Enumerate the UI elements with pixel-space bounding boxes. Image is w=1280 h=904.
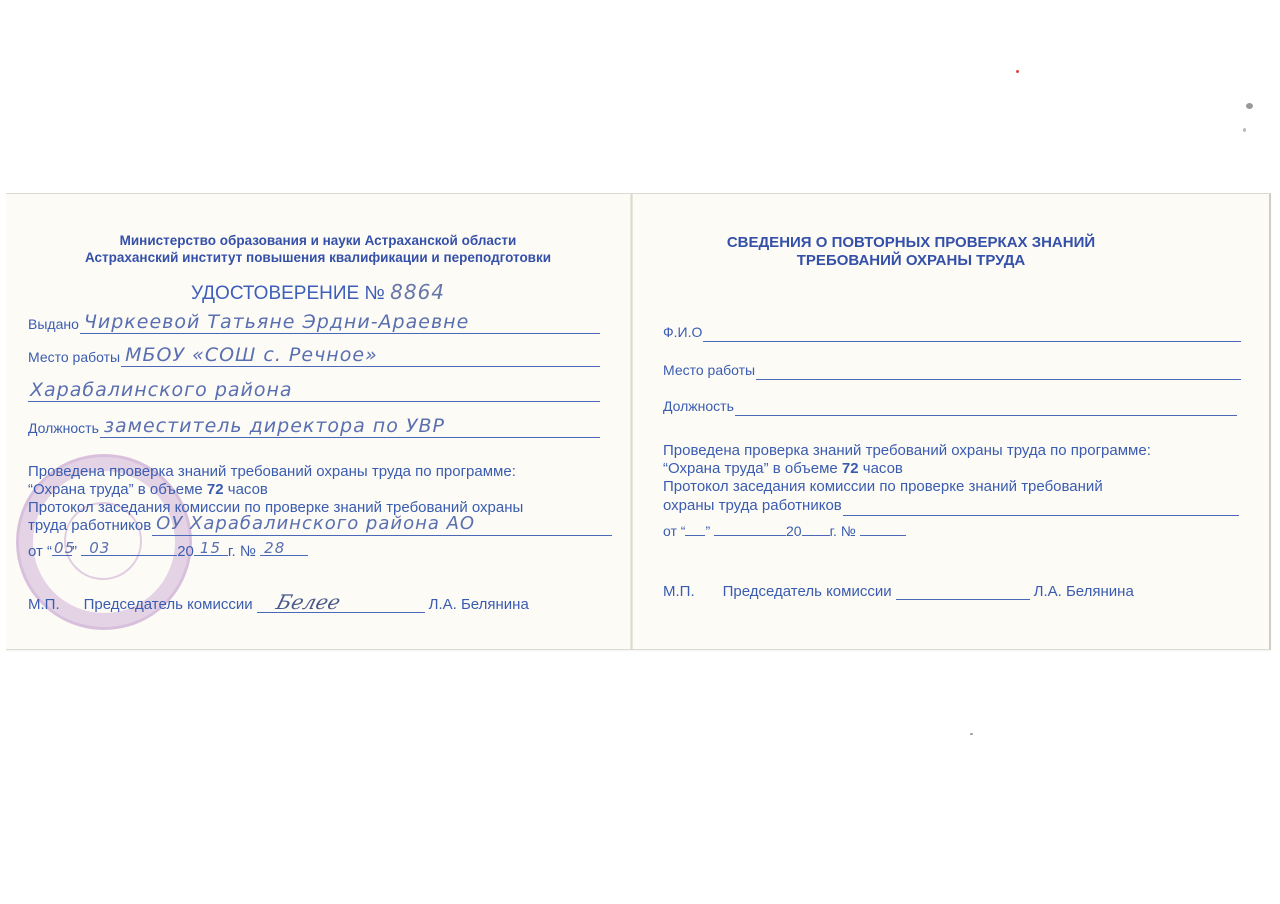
chair-signature-line[interactable]: Белее (257, 594, 425, 613)
protocol-number-label: г. № (228, 543, 256, 560)
date-day-blank[interactable]: 05 (52, 541, 72, 556)
issued-to-value: Чиркеевой Татьяне Эрдни-Араевне (84, 311, 469, 333)
left-page: Министерство образования и науки Астраха… (6, 194, 630, 649)
certificate-number: 8864 (390, 280, 445, 304)
right-workplace-label: Место работы (663, 362, 755, 380)
date-month-blank[interactable]: 03 (81, 541, 177, 556)
right-date-day-blank[interactable] (685, 521, 705, 536)
chair-label: Председатель комиссии (84, 596, 253, 613)
protocol-workers-field: труда работников ОУ Харабалинского район… (28, 514, 612, 536)
right-position-label: Должность (663, 398, 734, 416)
right-program-suffix: часов (863, 460, 903, 477)
chair-name: Л.А. Белянина (429, 596, 529, 613)
certificate-title: УДОСТОВЕРЕНИЕ № 8864 (6, 280, 630, 305)
right-page: СВЕДЕНИЯ О ПОВТОРНЫХ ПРОВЕРКАХ ЗНАНИЙ ТР… (633, 194, 1269, 649)
right-workplace-field: Место работы (663, 358, 1241, 380)
issued-to-field: Выдано Чиркеевой Татьяне Эрдни-Араевне (28, 312, 600, 334)
workplace-field: Место работы МБОУ «СОШ с. Речное» (28, 345, 600, 367)
workplace-line-2[interactable]: Харабалинского района (28, 379, 600, 402)
workplace-label: Место работы (28, 349, 120, 367)
right-date-month-blank[interactable] (714, 521, 786, 536)
position-label: Должность (28, 420, 99, 438)
certificate-title-text: УДОСТОВЕРЕНИЕ № (191, 283, 385, 304)
right-position-field: Должность (663, 394, 1237, 416)
right-workplace-line[interactable] (756, 357, 1241, 380)
right-program-text: “Охрана труда” в объеме 72 часов (663, 461, 903, 477)
workplace-line[interactable]: МБОУ «СОШ с. Речное» (121, 344, 600, 367)
check-text: Проведена проверка знаний требований охр… (28, 464, 516, 480)
workplace-value: МБОУ «СОШ с. Речное» (125, 344, 378, 366)
ministry-header: Министерство образования и науки Астраха… (6, 232, 630, 249)
right-protocol-workers-field: охраны труда работников (663, 494, 1239, 516)
right-program-hours: 72 (842, 460, 859, 477)
protocol-workers-label: труда работников (28, 517, 151, 536)
repeat-checks-title-2: ТРЕБОВАНИЙ ОХРАНЫ ТРУДА (553, 252, 1269, 270)
fio-line[interactable] (703, 319, 1241, 342)
program-suffix: часов (228, 481, 268, 498)
position-value: заместитель директора по УВР (104, 415, 445, 437)
right-chair-signature-row: М.П. Председатель комиссии Л.А. Белянина (663, 581, 1134, 600)
position-field: Должность заместитель директора по УВР (28, 416, 600, 438)
right-program-prefix: “Охрана труда” в объеме (663, 460, 838, 477)
stamp-label: М.П. (28, 596, 60, 613)
right-date-prefix: от “ (663, 523, 685, 539)
date-prefix: от “ (28, 543, 52, 560)
issued-to-line[interactable]: Чиркеевой Татьяне Эрдни-Араевне (80, 311, 600, 334)
date-day: 05 (54, 540, 75, 556)
scan-speck (1243, 128, 1246, 132)
repeat-checks-title-1: СВЕДЕНИЯ О ПОВТОРНЫХ ПРОВЕРКАХ ЗНАНИЙ (553, 234, 1269, 252)
date-year-prefix: 20 (177, 543, 194, 560)
program-text: “Охрана труда” в объеме 72 часов (28, 482, 268, 498)
workplace-value-2: Харабалинского района (30, 379, 293, 401)
chair-signature: Белее (273, 590, 342, 614)
date-month: 03 (89, 540, 110, 556)
date-year: 15 (200, 540, 221, 556)
certificate-card: Министерство образования и науки Астраха… (6, 193, 1271, 650)
program-prefix: “Охрана труда” в объеме (28, 481, 203, 498)
program-hours: 72 (207, 481, 224, 498)
protocol-workers-value: ОУ Харабалинского района АО (156, 513, 475, 535)
right-date-year-prefix: 20 (786, 523, 802, 539)
workplace-field-continued: Харабалинского района (28, 380, 600, 402)
scan-speck (970, 733, 973, 735)
right-chair-label: Председатель комиссии (723, 583, 892, 600)
fio-field: Ф.И.О (663, 320, 1241, 342)
right-position-line[interactable] (735, 393, 1237, 416)
chair-signature-row: М.П. Председатель комиссии Белее Л.А. Бе… (28, 594, 529, 613)
right-protocol-number-blank[interactable] (860, 521, 906, 536)
date-year-blank[interactable]: 15 (194, 541, 228, 556)
fio-label: Ф.И.О (663, 324, 702, 342)
right-stamp-label: М.П. (663, 583, 695, 600)
scan-speck (1016, 70, 1019, 73)
right-check-text: Проведена проверка знаний требований охр… (663, 443, 1151, 459)
right-chair-name: Л.А. Белянина (1034, 583, 1134, 600)
protocol-workers-line[interactable]: ОУ Харабалинского района АО (152, 513, 612, 536)
right-protocol-number-label: г. № (830, 523, 856, 539)
protocol-date-row: от “05” 032015г. № 28 (28, 541, 308, 560)
position-line[interactable]: заместитель директора по УВР (100, 415, 600, 438)
institute-header: Астраханский институт повышения квалифик… (6, 249, 630, 266)
right-chair-signature-line[interactable] (896, 581, 1030, 600)
protocol-number-blank[interactable]: 28 (260, 541, 308, 556)
right-protocol-workers-label: охраны труда работников (663, 497, 842, 516)
right-protocol-date-row: от “” 20г. № (663, 521, 906, 539)
right-date-year-blank[interactable] (802, 521, 830, 536)
protocol-number: 28 (264, 540, 285, 556)
right-date-quote: ” (705, 523, 710, 539)
issued-to-label: Выдано (28, 316, 79, 334)
scan-speck (1246, 103, 1253, 109)
right-protocol-workers-line[interactable] (843, 493, 1239, 516)
